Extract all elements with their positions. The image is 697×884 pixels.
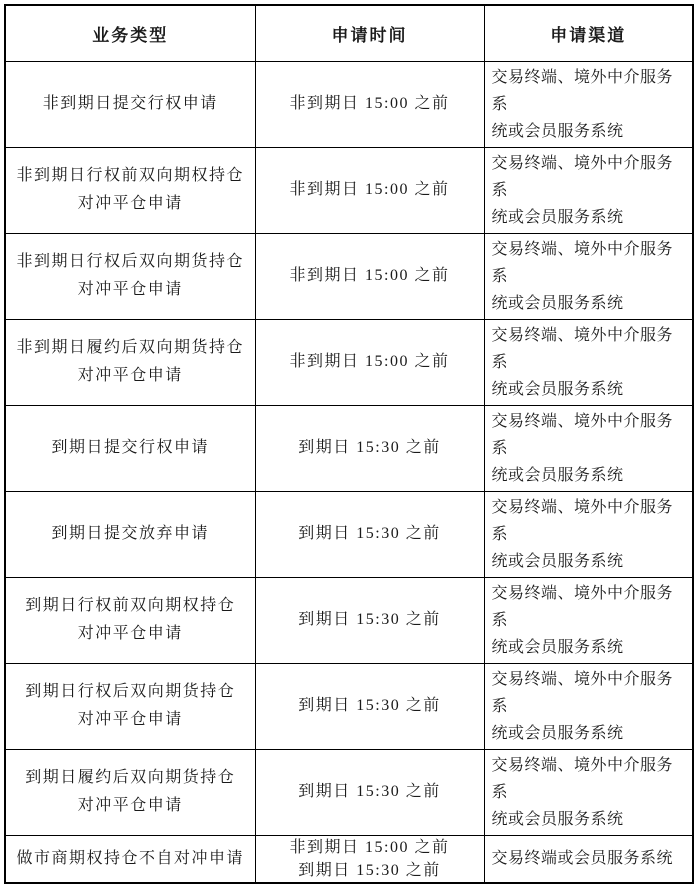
table-row: 到期日履约后双向期货持仓 对冲平仓申请 到期日 15:30 之前 交易终端、境外… xyxy=(5,749,693,835)
cell-apply-channel: 交易终端、境外中介服务系 统或会员服务系统 xyxy=(484,405,693,491)
table-body: 非到期日提交行权申请 非到期日 15:00 之前 交易终端、境外中介服务系 统或… xyxy=(5,61,693,883)
cell-business-type: 非到期日履约后双向期货持仓 对冲平仓申请 xyxy=(5,319,255,405)
cell-apply-channel: 交易终端、境外中介服务系 统或会员服务系统 xyxy=(484,233,693,319)
business-application-table: 业务类型 申请时间 申请渠道 非到期日提交行权申请 非到期日 15:00 之前 … xyxy=(4,4,694,884)
cell-apply-channel: 交易终端、境外中介服务系 统或会员服务系统 xyxy=(484,319,693,405)
cell-apply-time: 到期日 15:30 之前 xyxy=(255,405,484,491)
table-row: 非到期日行权后双向期货持仓 对冲平仓申请 非到期日 15:00 之前 交易终端、… xyxy=(5,233,693,319)
column-header-apply-time: 申请时间 xyxy=(255,5,484,61)
cell-business-type: 非到期日行权后双向期货持仓 对冲平仓申请 xyxy=(5,233,255,319)
cell-apply-time: 非到期日 15:00 之前 xyxy=(255,147,484,233)
cell-apply-channel: 交易终端、境外中介服务系 统或会员服务系统 xyxy=(484,491,693,577)
cell-apply-time: 到期日 15:30 之前 xyxy=(255,749,484,835)
cell-business-type: 非到期日行权前双向期权持仓 对冲平仓申请 xyxy=(5,147,255,233)
cell-apply-channel: 交易终端、境外中介服务系 统或会员服务系统 xyxy=(484,749,693,835)
cell-apply-channel: 交易终端或会员服务系统 xyxy=(484,835,693,883)
column-header-apply-channel: 申请渠道 xyxy=(484,5,693,61)
cell-apply-time: 到期日 15:30 之前 xyxy=(255,491,484,577)
table-header-row: 业务类型 申请时间 申请渠道 xyxy=(5,5,693,61)
document-page: 业务类型 申请时间 申请渠道 非到期日提交行权申请 非到期日 15:00 之前 … xyxy=(0,0,697,662)
cell-apply-time: 非到期日 15:00 之前 xyxy=(255,319,484,405)
table-row: 非到期日提交行权申请 非到期日 15:00 之前 交易终端、境外中介服务系 统或… xyxy=(5,61,693,147)
table-row: 到期日行权后双向期货持仓 对冲平仓申请 到期日 15:30 之前 交易终端、境外… xyxy=(5,663,693,749)
cell-apply-channel: 交易终端、境外中介服务系 统或会员服务系统 xyxy=(484,577,693,663)
cell-apply-time: 非到期日 15:00 之前 xyxy=(255,61,484,147)
cell-business-type: 到期日履约后双向期货持仓 对冲平仓申请 xyxy=(5,749,255,835)
cell-business-type: 到期日提交行权申请 xyxy=(5,405,255,491)
cell-apply-channel: 交易终端、境外中介服务系 统或会员服务系统 xyxy=(484,147,693,233)
cell-apply-channel: 交易终端、境外中介服务系 统或会员服务系统 xyxy=(484,663,693,749)
cell-business-type: 做市商期权持仓不自对冲申请 xyxy=(5,835,255,883)
table-row: 做市商期权持仓不自对冲申请 非到期日 15:00 之前 到期日 15:30 之前… xyxy=(5,835,693,883)
cell-business-type: 到期日行权前双向期权持仓 对冲平仓申请 xyxy=(5,577,255,663)
cell-business-type: 到期日行权后双向期货持仓 对冲平仓申请 xyxy=(5,663,255,749)
cell-apply-time: 非到期日 15:00 之前 到期日 15:30 之前 xyxy=(255,835,484,883)
table-row: 到期日行权前双向期权持仓 对冲平仓申请 到期日 15:30 之前 交易终端、境外… xyxy=(5,577,693,663)
cell-apply-channel: 交易终端、境外中介服务系 统或会员服务系统 xyxy=(484,61,693,147)
column-header-business-type: 业务类型 xyxy=(5,5,255,61)
cell-business-type: 非到期日提交行权申请 xyxy=(5,61,255,147)
cell-business-type: 到期日提交放弃申请 xyxy=(5,491,255,577)
cell-apply-time: 到期日 15:30 之前 xyxy=(255,577,484,663)
table-row: 到期日提交行权申请 到期日 15:30 之前 交易终端、境外中介服务系 统或会员… xyxy=(5,405,693,491)
table-row: 非到期日履约后双向期货持仓 对冲平仓申请 非到期日 15:00 之前 交易终端、… xyxy=(5,319,693,405)
cell-apply-time: 非到期日 15:00 之前 xyxy=(255,233,484,319)
table-row: 非到期日行权前双向期权持仓 对冲平仓申请 非到期日 15:00 之前 交易终端、… xyxy=(5,147,693,233)
cell-apply-time: 到期日 15:30 之前 xyxy=(255,663,484,749)
table-row: 到期日提交放弃申请 到期日 15:30 之前 交易终端、境外中介服务系 统或会员… xyxy=(5,491,693,577)
